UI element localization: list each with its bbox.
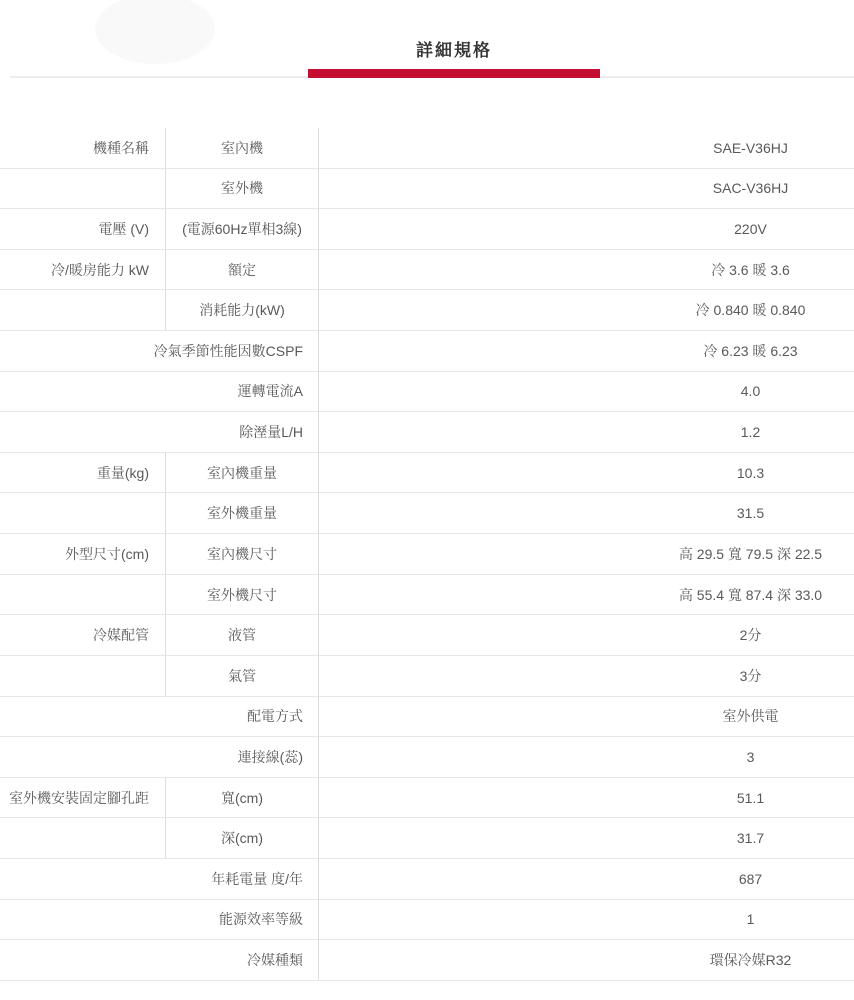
spec-label-cell: 年耗電量 度/年 <box>0 859 318 899</box>
spec-label-cell: 能源效率等級 <box>0 900 318 940</box>
spec-value-cell: 4.0 <box>318 372 854 412</box>
spec-category-cell <box>0 818 166 858</box>
spec-table: 機種名稱室內機SAE-V36HJ室外機SAC-V36HJ電壓 (V)(電源60H… <box>0 128 854 981</box>
spec-category-cell: 室外機安裝固定腳孔距 <box>0 778 166 818</box>
spec-row: 除溼量L/H1.2 <box>0 412 854 453</box>
watermark-blob <box>95 0 215 64</box>
spec-value-cell: 687 <box>318 859 854 899</box>
spec-row: 冷媒配管液管2分 <box>0 615 854 656</box>
spec-label-cell: 連接線(蕊) <box>0 737 318 777</box>
spec-label-cell: 室內機 <box>166 128 318 168</box>
spec-label-cell: 液管 <box>166 615 318 655</box>
spec-label-cell: 運轉電流A <box>0 372 318 412</box>
spec-category-cell <box>0 575 166 615</box>
spec-category-cell <box>0 656 166 696</box>
spec-value-cell: 高 55.4 寬 87.4 深 33.0 <box>318 575 854 615</box>
spec-row: 外型尺寸(cm)室內機尺寸高 29.5 寬 79.5 深 22.5 <box>0 534 854 575</box>
spec-category-cell: 冷媒配管 <box>0 615 166 655</box>
spec-category-cell: 冷/暖房能力 kW <box>0 250 166 290</box>
spec-row: 連接線(蕊)3 <box>0 737 854 778</box>
spec-page: 詳細規格 機種名稱室內機SAE-V36HJ室外機SAC-V36HJ電壓 (V)(… <box>0 0 854 1000</box>
spec-row: 重量(kg)室內機重量10.3 <box>0 453 854 494</box>
spec-category-cell: 電壓 (V) <box>0 209 166 249</box>
spec-row: 氣管3分 <box>0 656 854 697</box>
spec-value-cell: 1.2 <box>318 412 854 452</box>
spec-value-cell: 10.3 <box>318 453 854 493</box>
spec-value-cell: 冷 6.23 暖 6.23 <box>318 331 854 371</box>
spec-value-cell: 220V <box>318 209 854 249</box>
spec-row: 配電方式室外供電 <box>0 697 854 738</box>
spec-value-cell: 冷 3.6 暖 3.6 <box>318 250 854 290</box>
spec-label-cell: 室內機重量 <box>166 453 318 493</box>
spec-row: 冷/暖房能力 kW額定冷 3.6 暖 3.6 <box>0 250 854 291</box>
spec-value-cell: 2分 <box>318 615 854 655</box>
spec-row: 年耗電量 度/年687 <box>0 859 854 900</box>
spec-category-cell: 外型尺寸(cm) <box>0 534 166 574</box>
spec-label-cell: 配電方式 <box>0 697 318 737</box>
spec-row: 冷媒種類環保冷媒R32 <box>0 940 854 981</box>
spec-category-cell <box>0 493 166 533</box>
spec-row: 機種名稱室內機SAE-V36HJ <box>0 128 854 169</box>
spec-row: 電壓 (V)(電源60Hz單相3線)220V <box>0 209 854 250</box>
spec-category-cell <box>0 169 166 209</box>
spec-value-cell: 環保冷媒R32 <box>318 940 854 980</box>
title-underline-accent <box>308 69 600 78</box>
page-title: 詳細規格 <box>308 36 600 61</box>
spec-row: 消耗能力(kW)冷 0.840 暖 0.840 <box>0 290 854 331</box>
spec-row: 室外機尺寸高 55.4 寬 87.4 深 33.0 <box>0 575 854 616</box>
spec-row: 室外機重量31.5 <box>0 493 854 534</box>
spec-value-cell: 31.5 <box>318 493 854 533</box>
spec-label-cell: 深(cm) <box>166 818 318 858</box>
spec-row: 能源效率等級1 <box>0 900 854 941</box>
spec-category-cell: 機種名稱 <box>0 128 166 168</box>
spec-value-cell: 1 <box>318 900 854 940</box>
spec-value-cell: SAE-V36HJ <box>318 128 854 168</box>
spec-value-cell: 3 <box>318 737 854 777</box>
spec-label-cell: 額定 <box>166 250 318 290</box>
spec-label-cell: 室外機重量 <box>166 493 318 533</box>
spec-category-cell: 重量(kg) <box>0 453 166 493</box>
spec-row: 深(cm)31.7 <box>0 818 854 859</box>
spec-label-cell: 除溼量L/H <box>0 412 318 452</box>
spec-value-cell: 室外供電 <box>318 697 854 737</box>
spec-value-cell: 高 29.5 寬 79.5 深 22.5 <box>318 534 854 574</box>
spec-value-cell: 冷 0.840 暖 0.840 <box>318 290 854 330</box>
spec-value-cell: 3分 <box>318 656 854 696</box>
spec-value-cell: 51.1 <box>318 778 854 818</box>
spec-label-cell: 室外機尺寸 <box>166 575 318 615</box>
spec-row: 室外機SAC-V36HJ <box>0 169 854 210</box>
spec-label-cell: (電源60Hz單相3線) <box>166 209 318 249</box>
spec-value-cell: SAC-V36HJ <box>318 169 854 209</box>
spec-label-cell: 室內機尺寸 <box>166 534 318 574</box>
spec-label-cell: 消耗能力(kW) <box>166 290 318 330</box>
spec-category-cell <box>0 290 166 330</box>
spec-row: 室外機安裝固定腳孔距寬(cm)51.1 <box>0 778 854 819</box>
spec-value-cell: 31.7 <box>318 818 854 858</box>
spec-row: 運轉電流A4.0 <box>0 372 854 413</box>
spec-label-cell: 寬(cm) <box>166 778 318 818</box>
spec-row: 冷氣季節性能因數CSPF冷 6.23 暖 6.23 <box>0 331 854 372</box>
spec-label-cell: 氣管 <box>166 656 318 696</box>
spec-label-cell: 冷氣季節性能因數CSPF <box>0 331 318 371</box>
spec-label-cell: 冷媒種類 <box>0 940 318 980</box>
spec-label-cell: 室外機 <box>166 169 318 209</box>
